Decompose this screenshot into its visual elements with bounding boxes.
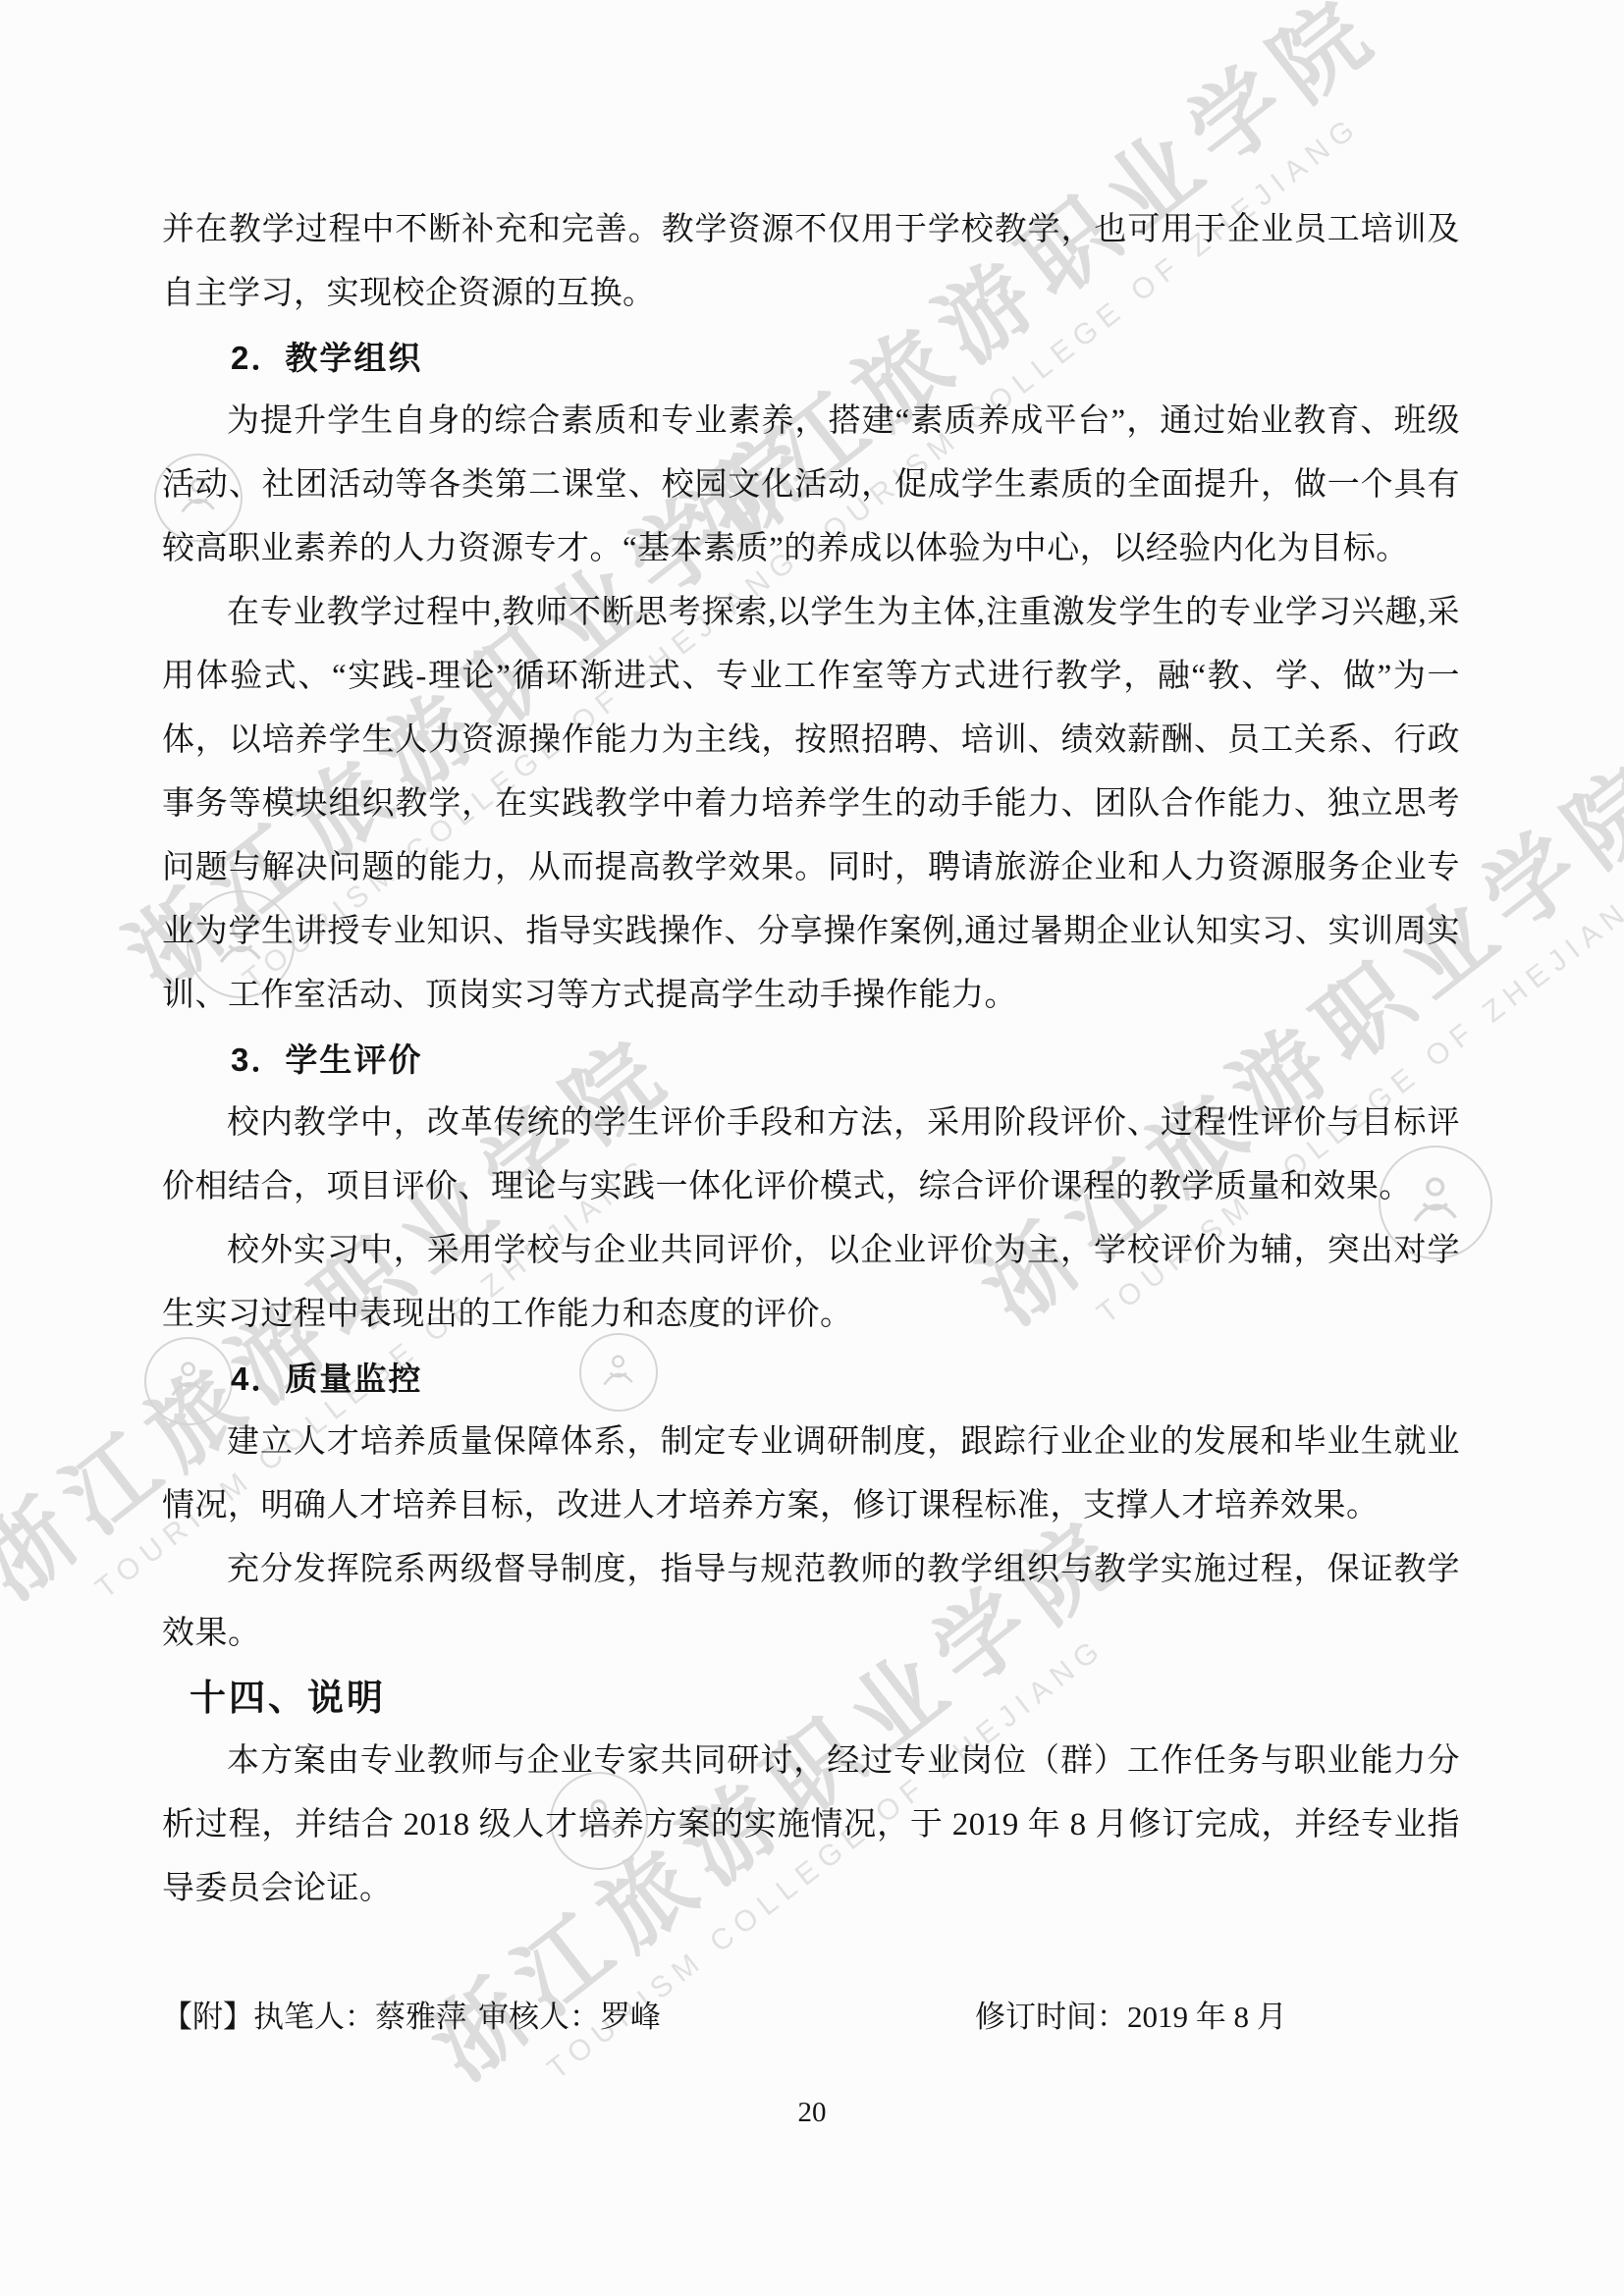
- paragraph: 校外实习中，采用学校与企业共同评价，以企业评价为主，学校评价为辅，突出对学生实习…: [162, 1219, 1460, 1347]
- paragraph: 本方案由专业教师与企业专家共同研讨，经过专业岗位（群）工作任务与职业能力分析过程…: [162, 1730, 1460, 1921]
- document-body: 并在教学过程中不断补充和完善。教学资源不仅用于学校教学，也可用于企业员工培训及自…: [162, 198, 1460, 1921]
- attachment-footer: 【附】执笔人：蔡雅萍 审核人：罗峰 修订时间：2019 年 8 月: [162, 1985, 1460, 2049]
- paragraph: 为提升学生自身的综合素质和专业素养，搭建“素质养成平台”，通过始业教育、班级活动…: [162, 390, 1460, 581]
- footer-writer: 【附】执笔人：蔡雅萍: [162, 1985, 466, 2049]
- paragraph: 建立人才培养质量保障体系，制定专业调研制度，跟踪行业企业的发展和毕业生就业情况，…: [162, 1411, 1460, 1538]
- paragraph: 在专业教学过程中,教师不断思考探索,以学生为主体,注重激发学生的专业学习兴趣,采…: [162, 581, 1460, 1028]
- page-number: 20: [0, 2093, 1624, 2132]
- subsection-heading: 2．教学组织: [162, 326, 1460, 390]
- paragraph-continuation: 并在教学过程中不断补充和完善。教学资源不仅用于学校教学，也可用于企业员工培训及自…: [162, 198, 1460, 326]
- paragraph: 校内教学中，改革传统的学生评价手段和方法，采用阶段评价、过程性评价与目标评价相结…: [162, 1092, 1460, 1219]
- paragraph: 充分发挥院系两级督导制度，指导与规范教师的教学组织与教学实施过程，保证教学效果。: [162, 1538, 1460, 1666]
- subsection-heading: 4．质量监控: [162, 1347, 1460, 1411]
- footer-reviewer: 审核人：罗峰: [478, 1985, 661, 2049]
- document-page: 浙江旅游职业学院TOURISM COLLEGE OF ZHEJIANG浙江旅游职…: [0, 0, 1624, 2296]
- footer-revision-date: 修订时间：2019 年 8 月: [975, 1985, 1287, 2049]
- section-heading: 十四、说明: [189, 1666, 1460, 1730]
- subsection-heading: 3．学生评价: [162, 1028, 1460, 1092]
